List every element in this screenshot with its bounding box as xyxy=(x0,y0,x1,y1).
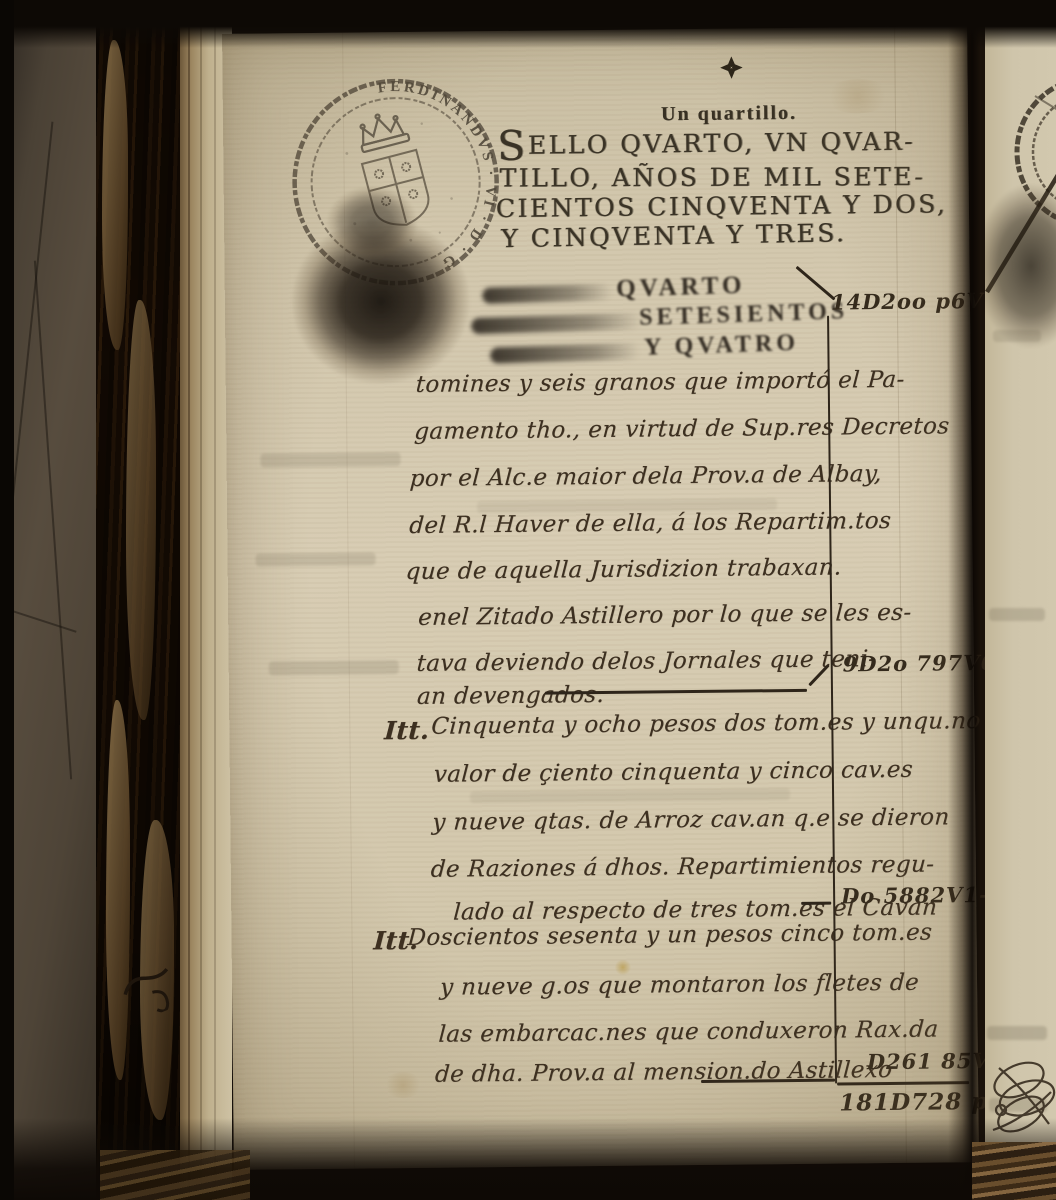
paper-chainline xyxy=(894,27,907,1163)
torn-edge xyxy=(106,700,130,1080)
ink-blot-stamp xyxy=(282,209,480,393)
left-cover-flap xyxy=(0,0,100,1200)
entry-rule-hook xyxy=(808,664,829,686)
manuscript-photo: Un quartillo. SELLO QVARTO, VN QVAR- TIL… xyxy=(0,0,1056,1200)
paper-stain xyxy=(823,79,893,114)
handwriting-line: las embarcac.nes que conduxeron Rax.da xyxy=(438,1016,939,1047)
printed-seal-heading-line: SELLO QVARTO, VN QVAR- xyxy=(497,127,915,160)
torn-page-edges xyxy=(96,0,184,1200)
handwriting-line: de Raziones á dhos. Repartimientos regu- xyxy=(430,852,935,883)
torn-edge xyxy=(126,300,156,720)
printed-seal-heading-line: TILLO, AÑOS DE MIL SETE- xyxy=(500,162,926,192)
bleed-through-mark xyxy=(989,608,1045,621)
bleed-through-mark xyxy=(269,660,399,675)
seal-legend-text: FERDINANDVS · VI · D · G xyxy=(375,57,521,278)
printed-seal-heading-line: CIENTOS CINQVENTA Y DOS, xyxy=(496,189,948,223)
handwriting-line: an devengados. xyxy=(416,682,605,710)
handwriting-line: lado al respecto de tres tom.es el Cavan xyxy=(453,894,939,925)
bleed-through-mark xyxy=(993,330,1041,342)
handwriting-line: que de aquella Jurisdizion trabaxan. xyxy=(405,554,843,585)
seal-crown xyxy=(355,108,410,152)
handwriting-line: del R.l Haver de ella, á los Repartim.to… xyxy=(408,508,892,539)
facing-page-sliver xyxy=(985,0,1056,1150)
torn-edge xyxy=(102,40,128,350)
handwriting-line: Doscientos sesenta y un pesos cinco tom.… xyxy=(407,920,933,952)
paper-chainline xyxy=(342,33,355,1169)
manuscript-page: Un quartillo. SELLO QVARTO, VN QVAR- TIL… xyxy=(222,26,979,1170)
paper-stain xyxy=(383,1072,423,1098)
maltese-cross-icon xyxy=(720,56,742,78)
item-label: Itt. xyxy=(384,716,431,745)
stamp-smear xyxy=(490,343,640,364)
royal-seal-stamp: FERDINANDVS · VI · D · G xyxy=(261,48,529,316)
amounts-rule-vertical xyxy=(827,316,837,1084)
partial-ink-blot xyxy=(985,176,1056,356)
handwriting-line: enel Zitado Astillero por lo que se les … xyxy=(417,600,912,631)
ink-blot-stamp xyxy=(322,182,423,263)
handwriting-line: por el Alc.e maior dela Prov.a de Albay, xyxy=(409,461,883,492)
cover-crease xyxy=(34,261,72,780)
handwriting-line: y nueve g.os que montaron los fletes de xyxy=(439,970,920,1001)
bleed-through-mark xyxy=(987,1026,1047,1040)
svg-text:FERDINANDVS · VI · D · G: FERDINANDVS · VI · D · G xyxy=(375,57,521,278)
handwriting-line: gamento tho., en virtud de Sup.res Decre… xyxy=(413,413,950,445)
photo-left-black-edge xyxy=(0,0,14,1200)
cover-crease xyxy=(9,609,76,633)
seal-speckle xyxy=(333,120,461,255)
stamp-smear xyxy=(471,313,641,334)
bleed-through-mark xyxy=(260,452,400,467)
bleed-through-mark xyxy=(256,552,376,566)
handwriting-line: valor de çiento cinquenta y cinco cav.es xyxy=(433,757,914,788)
revalidation-line: Y QVATRO xyxy=(644,330,800,362)
entry-rule xyxy=(701,1079,835,1083)
bleed-through-mark xyxy=(470,788,790,803)
handwriting-line: de dha. Prov.a al mension.do Astillexo xyxy=(434,1057,893,1088)
heading-initial: S xyxy=(497,122,528,170)
paper-stain xyxy=(614,960,632,975)
amount-bracket-diagonal xyxy=(796,266,836,300)
bottom-page-edges-left xyxy=(100,1150,250,1200)
tax-denomination-note: Un quartillo. xyxy=(661,102,797,126)
revalidation-line: SETESIENTOS xyxy=(639,298,849,332)
photo-top-shadow xyxy=(0,0,1056,48)
handwriting-line: tomines y seis granos que importó el Pa- xyxy=(415,367,906,398)
bleed-through-mark xyxy=(477,498,777,513)
printed-seal-heading-line: Y CINQVENTA Y TRES. xyxy=(501,218,847,253)
item-label: Itt. xyxy=(373,926,420,955)
revalidation-line: QVARTO xyxy=(616,272,746,304)
handwriting-line: Cinquenta y ocho pesos dos tom.es y unqu… xyxy=(431,708,982,740)
entry-rule xyxy=(545,689,807,695)
entry-rule xyxy=(801,902,831,905)
handwriting-line: tava deviendo delos Jornales que teni- xyxy=(416,646,877,677)
bottom-page-edges xyxy=(972,1142,1056,1200)
seal-shield xyxy=(362,150,434,232)
stamp-smear xyxy=(482,284,612,304)
handwriting-line: y nueve qtas. de Arroz cav.an q.e se die… xyxy=(432,804,951,835)
